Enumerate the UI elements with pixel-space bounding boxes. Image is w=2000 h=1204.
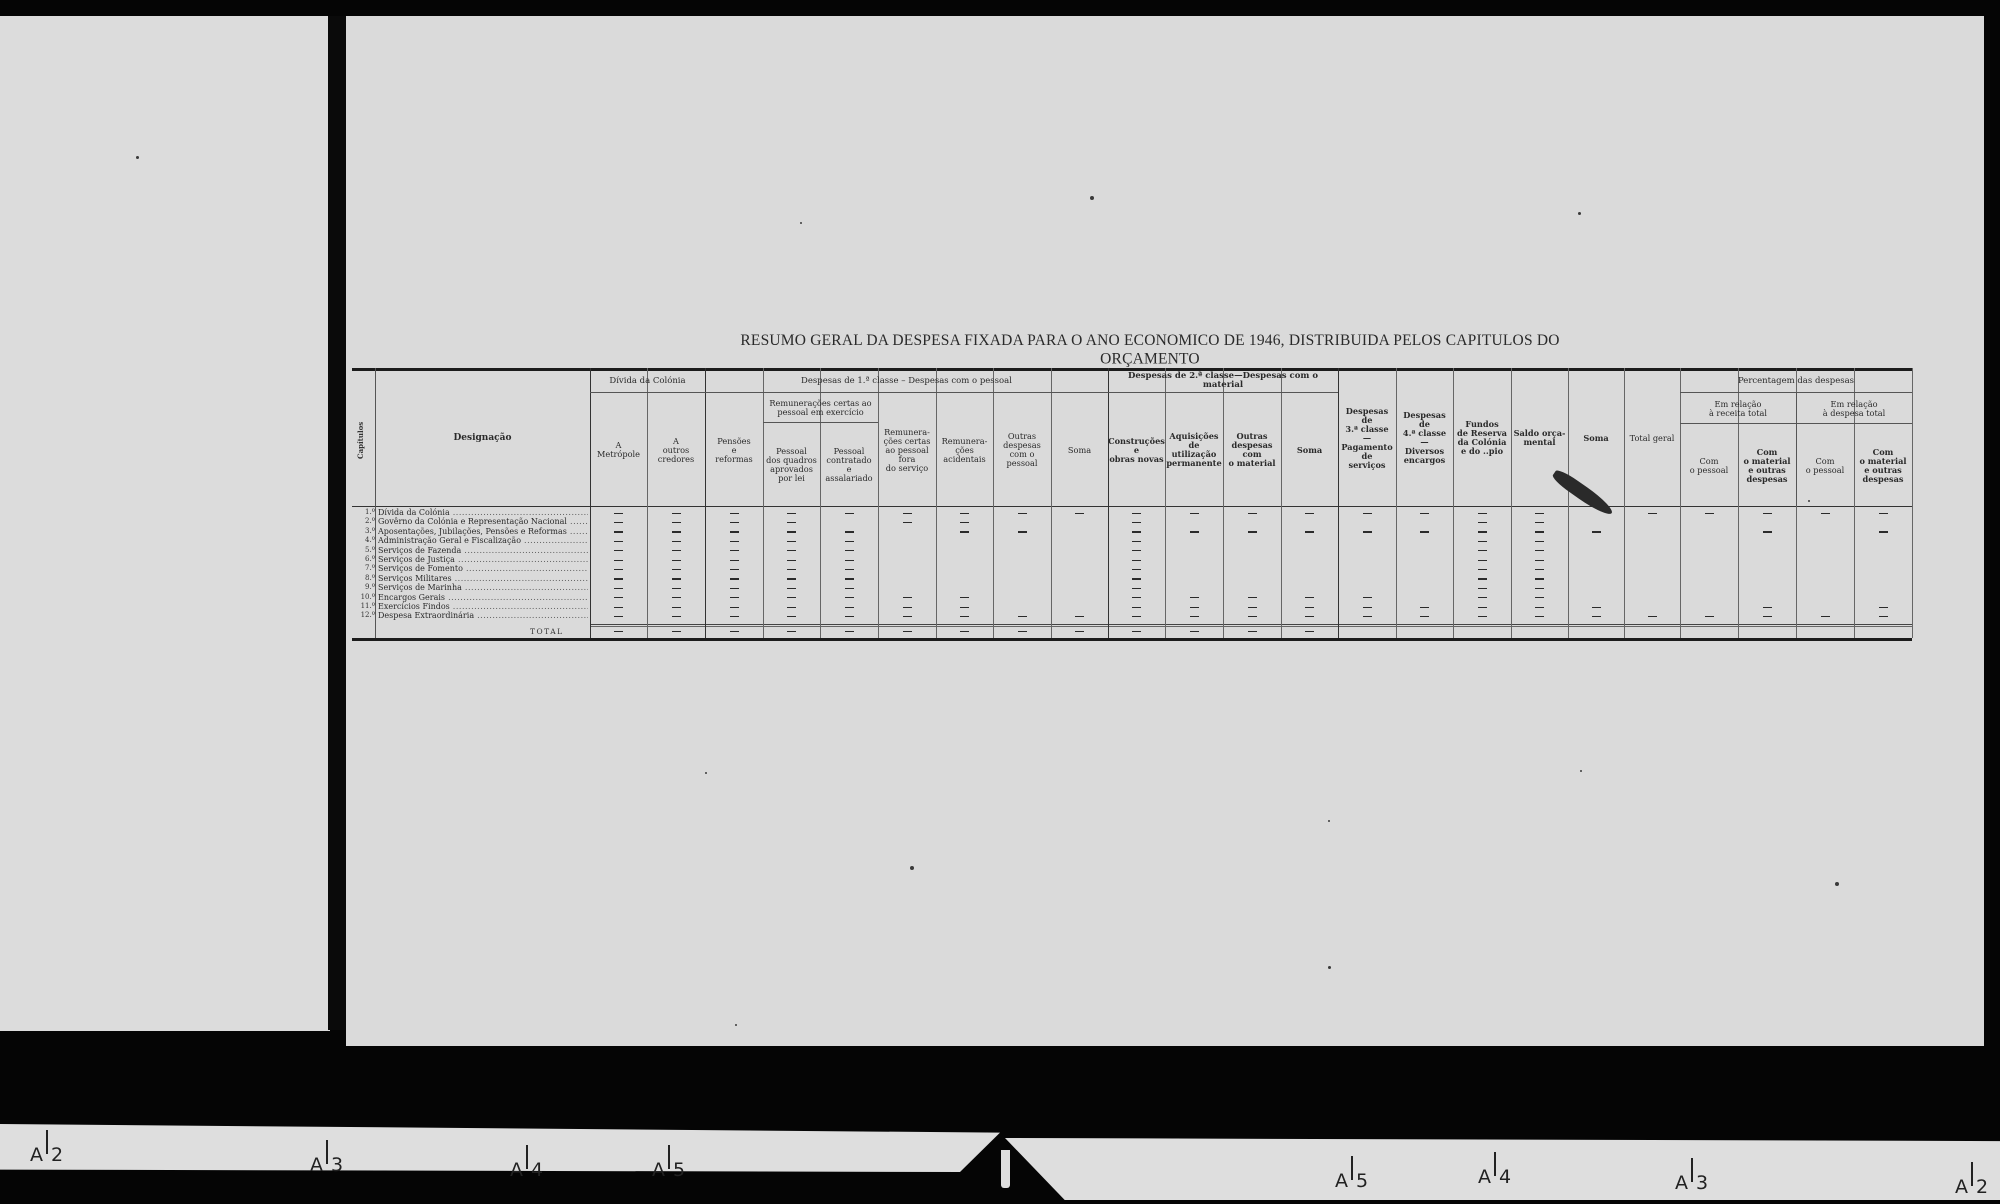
left-page xyxy=(0,16,330,1031)
cell-dash-pessoal_contratado xyxy=(845,550,854,551)
cell-dash-pensoes xyxy=(730,616,739,617)
cell-dash-construcoes xyxy=(1132,616,1141,617)
cell-dash-pensoes xyxy=(730,531,739,532)
cell-dash-remun_fora xyxy=(903,616,912,617)
column-header-outros_credores: A outros credores xyxy=(647,394,705,506)
cell-dash-desp_pessoal xyxy=(1821,616,1830,617)
film-marker-right: A2 xyxy=(1955,1172,1988,1198)
cell-dash-metropole xyxy=(614,522,623,523)
cell-dash-fundos xyxy=(1478,531,1487,532)
cell-dash-pensoes xyxy=(730,578,739,579)
cell-dash-soma2 xyxy=(1305,616,1314,617)
cell-dash-fundos xyxy=(1478,522,1487,523)
total-row-label: TOTAL xyxy=(530,627,564,636)
row-number: 5.º xyxy=(355,546,375,555)
cell-dash-saldo xyxy=(1535,569,1544,570)
cell-dash-construcoes xyxy=(1132,597,1141,598)
cell-dash-metropole xyxy=(614,541,623,542)
cell-dash-pessoal_quadros xyxy=(787,607,796,608)
cell-dash-metropole xyxy=(614,560,623,561)
cell-dash-outras_material xyxy=(1248,597,1257,598)
cell-dash-pessoal_contratado xyxy=(845,560,854,561)
cell-dash-saldo xyxy=(1535,578,1544,579)
film-marker-right: A4 xyxy=(1478,1162,1511,1188)
cell-dash-aquisicoes xyxy=(1190,631,1199,632)
cell-dash-rec_material xyxy=(1763,607,1772,608)
cell-dash-metropole xyxy=(614,588,623,589)
film-marker-right: A3 xyxy=(1675,1168,1708,1194)
cell-dash-outros_credores xyxy=(672,616,681,617)
cell-dash-pessoal_contratado xyxy=(845,597,854,598)
cell-dash-rec_pessoal xyxy=(1705,513,1714,514)
cell-dash-soma3 xyxy=(1592,607,1601,608)
cell-dash-classe3 xyxy=(1363,607,1372,608)
cell-dash-fundos xyxy=(1478,588,1487,589)
paper-speck xyxy=(1808,500,1810,502)
cell-dash-outras_material xyxy=(1248,513,1257,514)
column-header-rec_pessoal: Com o pessoal xyxy=(1680,425,1738,506)
row-label: Dívida da Colónia xyxy=(378,508,588,517)
cell-dash-outros_credores xyxy=(672,560,681,561)
cell-dash-remun_fora xyxy=(903,513,912,514)
cell-dash-pensoes xyxy=(730,560,739,561)
cell-dash-remun_fora xyxy=(903,607,912,608)
row-number: 10.º xyxy=(355,593,375,602)
cell-dash-saldo xyxy=(1535,560,1544,561)
cell-dash-outras_pessoal xyxy=(1018,616,1027,617)
cell-dash-rec_material xyxy=(1763,513,1772,514)
row-label: Exercícios Findos xyxy=(378,602,588,611)
row-label: Serviços de Fazenda xyxy=(378,546,588,555)
cell-dash-pessoal_quadros xyxy=(787,578,796,579)
cell-dash-desp_material xyxy=(1879,531,1888,532)
total-top-rule xyxy=(590,624,1912,625)
cell-dash-metropole xyxy=(614,578,623,579)
cell-dash-fundos xyxy=(1478,513,1487,514)
cell-dash-saldo xyxy=(1535,607,1544,608)
cell-dash-pessoal_quadros xyxy=(787,541,796,542)
header-capitulos: Capítulos xyxy=(356,410,370,470)
group-remuneracoes-certas: Remunerações certas ao pessoal em exercí… xyxy=(763,394,878,422)
row-label: Encargos Gerais xyxy=(378,593,588,602)
cell-dash-saldo xyxy=(1535,531,1544,532)
group-divida-line xyxy=(590,392,705,393)
book-gutter xyxy=(328,16,348,1030)
cell-dash-aquisicoes xyxy=(1190,597,1199,598)
cell-dash-soma2 xyxy=(1305,607,1314,608)
cell-dash-metropole xyxy=(614,550,623,551)
column-header-construcoes: Construções e obras novas xyxy=(1108,394,1165,506)
cell-dash-saldo xyxy=(1535,588,1544,589)
group-remun-line xyxy=(763,422,878,423)
paper-speck xyxy=(735,1024,737,1026)
film-strip-notch xyxy=(1001,1150,1010,1188)
column-header-desp_material: Com o material e outras despesas xyxy=(1854,425,1912,506)
cell-dash-outras_pessoal xyxy=(1018,631,1027,632)
column-header-total_geral: Total geral xyxy=(1624,370,1680,506)
cell-dash-construcoes xyxy=(1132,607,1141,608)
column-header-metropole: A Metrópole xyxy=(590,394,647,506)
cell-dash-construcoes xyxy=(1132,631,1141,632)
cell-dash-pessoal_quadros xyxy=(787,560,796,561)
paper-speck xyxy=(136,156,139,159)
column-header-remun_acidentais: Remunera- ções acidentais xyxy=(936,394,993,506)
cell-dash-fundos xyxy=(1478,597,1487,598)
cell-dash-construcoes xyxy=(1132,541,1141,542)
column-header-saldo: Saldo orça- mental xyxy=(1511,370,1568,506)
cell-dash-pessoal_quadros xyxy=(787,631,796,632)
cell-dash-outros_credores xyxy=(672,578,681,579)
row-number: 9.º xyxy=(355,583,375,592)
cell-dash-classe3 xyxy=(1363,513,1372,514)
cell-dash-soma1 xyxy=(1075,616,1084,617)
cell-dash-metropole xyxy=(614,513,623,514)
cell-dash-remun_fora xyxy=(903,631,912,632)
cell-dash-outros_credores xyxy=(672,569,681,570)
cell-dash-outras_pessoal xyxy=(1018,531,1027,532)
document-title: RESUMO GERAL DA DESPESA FIXADA PARA O AN… xyxy=(720,331,1580,369)
right-page xyxy=(346,16,1980,1046)
cell-dash-pensoes xyxy=(730,588,739,589)
paper-speck xyxy=(1090,196,1094,200)
header-designacao: Designação xyxy=(375,370,590,506)
group-percentagem: Percentagem das despesas xyxy=(1680,370,1912,392)
column-header-aquisicoes: Aquisições de utilização permanente xyxy=(1165,394,1223,506)
group-divida: Dívida da Colónia xyxy=(590,370,705,392)
row-number: 2.º xyxy=(355,517,375,526)
cell-dash-metropole xyxy=(614,616,623,617)
group-classe1: Despesas de 1.ª classe – Despesas com o … xyxy=(705,370,1108,392)
cell-dash-soma3 xyxy=(1592,531,1601,532)
film-marker-left: A4 xyxy=(510,1155,543,1181)
cell-dash-pensoes xyxy=(730,550,739,551)
paper-speck xyxy=(1328,820,1330,822)
cell-dash-pessoal_contratado xyxy=(845,631,854,632)
cell-dash-classe3 xyxy=(1363,597,1372,598)
cell-dash-pessoal_contratado xyxy=(845,607,854,608)
cell-dash-remun_acidentais xyxy=(960,631,969,632)
header-bottom-rule xyxy=(352,506,1912,507)
cell-dash-outras_pessoal xyxy=(1018,513,1027,514)
row-number: 12.º xyxy=(355,611,375,620)
cell-dash-outros_credores xyxy=(672,522,681,523)
cell-dash-soma2 xyxy=(1305,531,1314,532)
row-label: Serviços Militares xyxy=(378,574,588,583)
column-header-soma2: Soma xyxy=(1281,394,1338,506)
cell-dash-outros_credores xyxy=(672,631,681,632)
cell-dash-saldo xyxy=(1535,616,1544,617)
cell-dash-outros_credores xyxy=(672,531,681,532)
cell-dash-desp_pessoal xyxy=(1821,513,1830,514)
cell-dash-desp_material xyxy=(1879,607,1888,608)
cell-dash-soma2 xyxy=(1305,597,1314,598)
cell-dash-saldo xyxy=(1535,550,1544,551)
cell-dash-outros_credores xyxy=(672,588,681,589)
paper-speck xyxy=(1328,966,1331,969)
cell-dash-saldo xyxy=(1535,541,1544,542)
cell-dash-outras_material xyxy=(1248,631,1257,632)
column-header-fundos: Fundos de Reserva da Colónia e do ..pio xyxy=(1453,370,1511,506)
row-label: Aposentações, Jubilações, Pensões e Refo… xyxy=(378,527,588,536)
paper-speck xyxy=(910,866,914,870)
cell-dash-aquisicoes xyxy=(1190,616,1199,617)
group-rel-despesa: Em relação à despesa total xyxy=(1796,394,1912,423)
row-number: 3.º xyxy=(355,527,375,536)
cell-dash-outros_credores xyxy=(672,550,681,551)
cell-dash-construcoes xyxy=(1132,578,1141,579)
cell-dash-saldo xyxy=(1535,597,1544,598)
cell-dash-pessoal_contratado xyxy=(845,513,854,514)
cell-dash-soma2 xyxy=(1305,513,1314,514)
cell-dash-soma1 xyxy=(1075,631,1084,632)
cell-dash-construcoes xyxy=(1132,522,1141,523)
cell-dash-metropole xyxy=(614,631,623,632)
cell-dash-saldo xyxy=(1535,513,1544,514)
cell-dash-remun_acidentais xyxy=(960,513,969,514)
table-bottom-rule xyxy=(352,638,1912,641)
row-label: Serviços de Marinha xyxy=(378,583,588,592)
cell-dash-construcoes xyxy=(1132,531,1141,532)
cell-dash-classe3 xyxy=(1363,616,1372,617)
paper-speck xyxy=(705,772,707,774)
cell-dash-pessoal_contratado xyxy=(845,569,854,570)
row-label: Govêrno da Colónia e Representação Nacio… xyxy=(378,517,588,526)
cell-dash-pessoal_contratado xyxy=(845,616,854,617)
cell-dash-pensoes xyxy=(730,541,739,542)
cell-dash-remun_acidentais xyxy=(960,531,969,532)
row-label: Despesa Extraordinária xyxy=(378,611,588,620)
cell-dash-remun_acidentais xyxy=(960,616,969,617)
cell-dash-outros_credores xyxy=(672,597,681,598)
film-marker-left: A5 xyxy=(652,1155,685,1181)
cell-dash-classe4 xyxy=(1420,513,1429,514)
cell-dash-pessoal_contratado xyxy=(845,588,854,589)
cell-dash-construcoes xyxy=(1132,588,1141,589)
group-rel-receita: Em relação à receita total xyxy=(1680,394,1796,423)
cell-dash-pensoes xyxy=(730,569,739,570)
cell-dash-fundos xyxy=(1478,550,1487,551)
cell-dash-remun_fora xyxy=(903,522,912,523)
cell-dash-soma1 xyxy=(1075,513,1084,514)
film-marker-left: A3 xyxy=(310,1150,343,1176)
cell-dash-total_geral xyxy=(1648,513,1657,514)
cell-dash-metropole xyxy=(614,607,623,608)
paper-speck xyxy=(800,222,802,224)
paper-speck xyxy=(1578,212,1581,215)
cell-dash-soma3 xyxy=(1592,616,1601,617)
column-header-pessoal_quadros: Pessoal dos quadros aprovados por lei xyxy=(763,424,820,506)
column-header-pessoal_contratado: Pessoal contratado e assalariado xyxy=(820,424,878,506)
cell-dash-rec_material xyxy=(1763,531,1772,532)
cell-dash-rec_material xyxy=(1763,616,1772,617)
total-top-rule-2 xyxy=(590,626,1912,627)
cell-dash-metropole xyxy=(614,531,623,532)
cell-dash-outras_material xyxy=(1248,616,1257,617)
cell-dash-desp_material xyxy=(1879,513,1888,514)
cell-dash-classe4 xyxy=(1420,607,1429,608)
cell-dash-pessoal_quadros xyxy=(787,531,796,532)
film-marker-right: A5 xyxy=(1335,1166,1368,1192)
cell-dash-construcoes xyxy=(1132,560,1141,561)
cell-dash-construcoes xyxy=(1132,513,1141,514)
cell-dash-outros_credores xyxy=(672,513,681,514)
cell-dash-outras_material xyxy=(1248,607,1257,608)
cell-dash-classe4 xyxy=(1420,616,1429,617)
cell-dash-rec_pessoal xyxy=(1705,616,1714,617)
column-header-classe3: Despesas de 3.ª classe — Pagamento de se… xyxy=(1338,370,1396,506)
paper-speck xyxy=(1580,770,1582,772)
paper-speck xyxy=(1835,882,1839,886)
column-header-remun_fora: Remunera- ções certas ao pessoal fora do… xyxy=(878,394,936,506)
cell-dash-pensoes xyxy=(730,607,739,608)
cell-dash-outras_material xyxy=(1248,531,1257,532)
cell-dash-fundos xyxy=(1478,560,1487,561)
cell-dash-desp_material xyxy=(1879,616,1888,617)
row-number: 1.º xyxy=(355,508,375,517)
cell-dash-remun_fora xyxy=(903,597,912,598)
cell-dash-aquisicoes xyxy=(1190,513,1199,514)
cell-dash-outros_credores xyxy=(672,541,681,542)
cell-dash-pessoal_quadros xyxy=(787,550,796,551)
cell-dash-remun_acidentais xyxy=(960,597,969,598)
cell-dash-fundos xyxy=(1478,541,1487,542)
cell-dash-metropole xyxy=(614,597,623,598)
cell-dash-fundos xyxy=(1478,578,1487,579)
cell-dash-pessoal_quadros xyxy=(787,522,796,523)
column-header-outras_material: Outras despesas com o material xyxy=(1223,394,1281,506)
cell-dash-pessoal_contratado xyxy=(845,578,854,579)
cell-dash-pessoal_quadros xyxy=(787,513,796,514)
cell-dash-metropole xyxy=(614,569,623,570)
column-divider xyxy=(1912,368,1913,638)
cell-dash-pessoal_contratado xyxy=(845,531,854,532)
cell-dash-pessoal_contratado xyxy=(845,541,854,542)
column-header-outras_pessoal: Outras despesas com o pessoal xyxy=(993,394,1051,506)
cell-dash-fundos xyxy=(1478,569,1487,570)
row-number: 6.º xyxy=(355,555,375,564)
cell-dash-classe4 xyxy=(1420,531,1429,532)
cell-dash-remun_acidentais xyxy=(960,607,969,608)
column-header-classe4: Despesas de 4.ª classe — Diversos encarg… xyxy=(1396,370,1453,506)
row-number: 7.º xyxy=(355,564,375,573)
cell-dash-classe3 xyxy=(1363,531,1372,532)
cell-dash-pensoes xyxy=(730,513,739,514)
group-classe2-line xyxy=(1108,392,1338,393)
cell-dash-outros_credores xyxy=(672,607,681,608)
cell-dash-pessoal_quadros xyxy=(787,616,796,617)
cell-dash-fundos xyxy=(1478,607,1487,608)
row-number: 11.º xyxy=(355,602,375,611)
column-header-soma1: Soma xyxy=(1051,394,1108,506)
cell-dash-pessoal_quadros xyxy=(787,588,796,589)
group-classe2: Despesas de 2.ª classe—Despesas com o ma… xyxy=(1108,370,1338,392)
cell-dash-fundos xyxy=(1478,616,1487,617)
cell-dash-remun_acidentais xyxy=(960,522,969,523)
row-label: Administração Geral e Fiscalização xyxy=(378,536,588,545)
cell-dash-pessoal_quadros xyxy=(787,569,796,570)
cell-dash-aquisicoes xyxy=(1190,531,1199,532)
cell-dash-construcoes xyxy=(1132,569,1141,570)
cell-dash-soma2 xyxy=(1305,631,1314,632)
cell-dash-construcoes xyxy=(1132,550,1141,551)
cell-dash-saldo xyxy=(1535,522,1544,523)
column-header-rec_material: Com o material e outras despesas xyxy=(1738,425,1796,506)
row-number: 4.º xyxy=(355,536,375,545)
cell-dash-pensoes xyxy=(730,597,739,598)
cell-dash-pessoal_quadros xyxy=(787,597,796,598)
cell-dash-aquisicoes xyxy=(1190,607,1199,608)
column-header-pensoes: Pensões e reformas xyxy=(705,394,763,506)
row-label: Serviços de Fomento xyxy=(378,564,588,573)
cell-dash-total_geral xyxy=(1648,616,1657,617)
film-marker-left: A2 xyxy=(30,1140,63,1166)
row-number: 8.º xyxy=(355,574,375,583)
cell-dash-pensoes xyxy=(730,522,739,523)
column-header-desp_pessoal: Com o pessoal xyxy=(1796,425,1854,506)
cell-dash-pensoes xyxy=(730,631,739,632)
group-classe1-line xyxy=(705,392,1108,393)
row-label: Serviços de Justiça xyxy=(378,555,588,564)
